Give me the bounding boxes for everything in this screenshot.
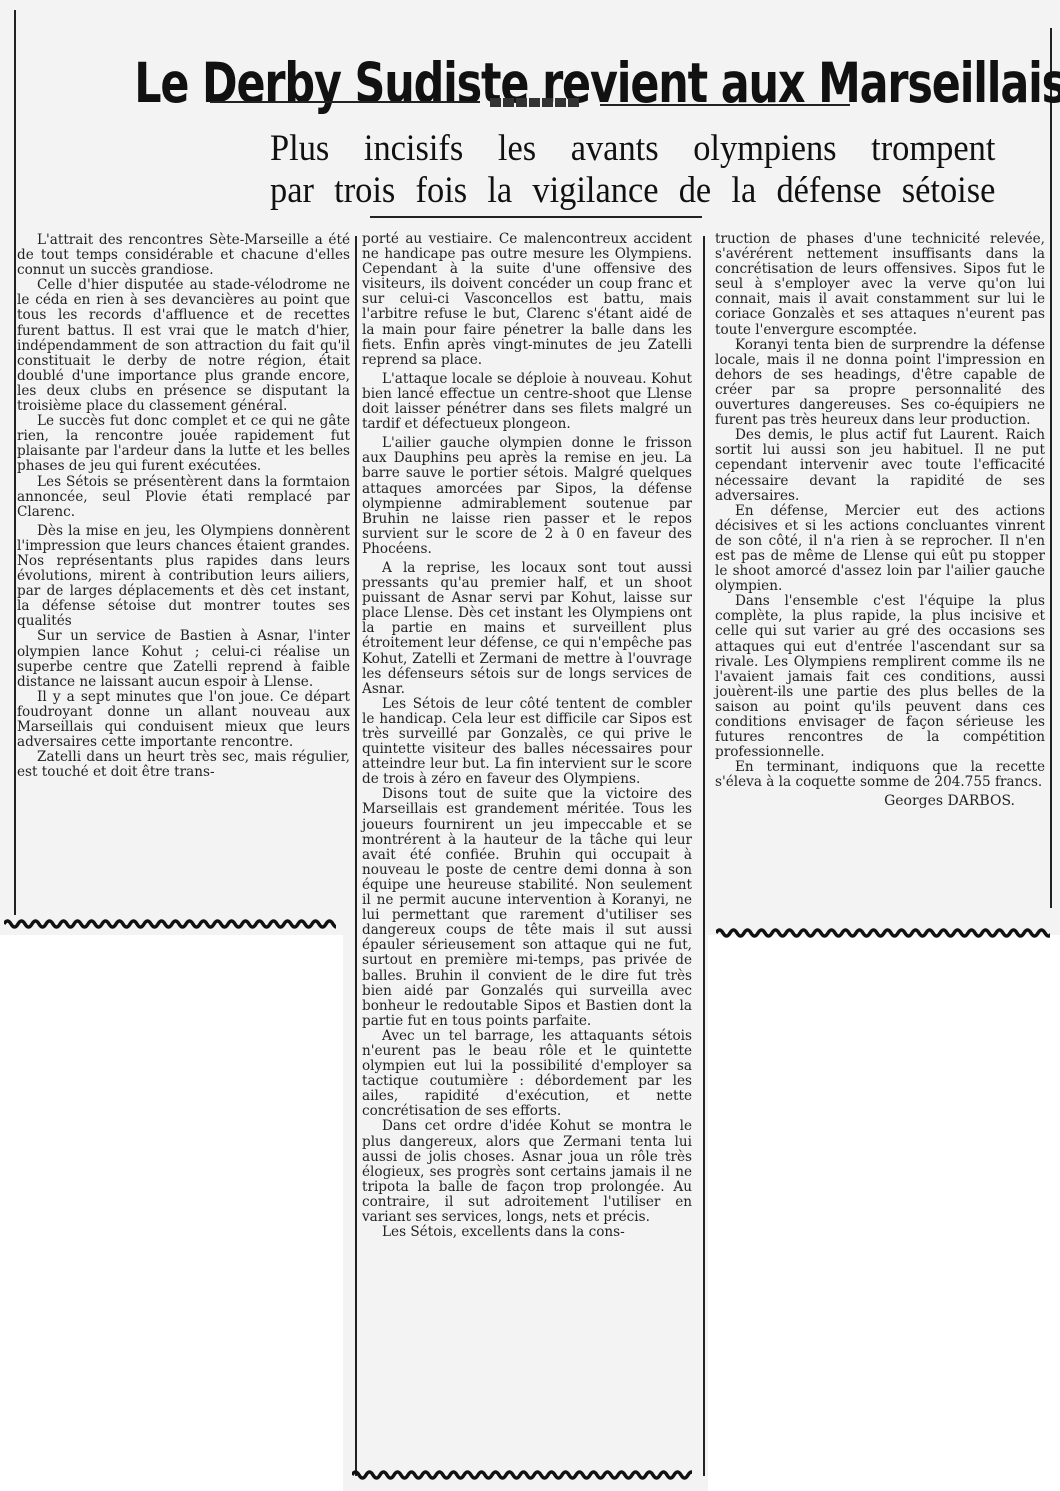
column-middle: porté au vestiaire. Ce malencontreux acc… bbox=[362, 232, 692, 1240]
author-signature: Georges DARBOS. bbox=[715, 794, 1045, 809]
paragraph: L'ailier gauche olympien donne le frisso… bbox=[362, 436, 692, 557]
paragraph: Des demis, le plus actif fut Laurent. Ra… bbox=[715, 428, 1045, 503]
paragraph: Dans cet ordre d'idée Kohut se montra le… bbox=[362, 1119, 692, 1225]
paragraph: porté au vestiaire. Ce malencontreux acc… bbox=[362, 232, 692, 368]
paragraph: Avec un tel barrage, les attaquants séto… bbox=[362, 1029, 692, 1120]
paragraph: Dès la mise en jeu, les Olympiens donnèr… bbox=[17, 524, 350, 630]
paragraph: Les Sétois de leur côté tentent de combl… bbox=[362, 697, 692, 788]
column-left: L'attrait des rencontres Sète-Marseille … bbox=[17, 233, 350, 780]
subheadline-separator bbox=[370, 216, 702, 218]
paragraph: L'attaque locale se déploie à nouveau. K… bbox=[362, 372, 692, 432]
subheadline-line-1: Plus incisifs les avants olympiens tromp… bbox=[270, 128, 995, 170]
column-right: truction de phases d'une technicité rele… bbox=[715, 232, 1045, 810]
ornament-icon bbox=[490, 98, 582, 107]
paragraph: Dans l'ensemble c'est l'équipe la plus c… bbox=[715, 594, 1045, 760]
left-border-rule bbox=[14, 10, 16, 915]
wavy-separator-left bbox=[4, 917, 336, 931]
subheadline: Plus incisifs les avants olympiens tromp… bbox=[270, 128, 995, 212]
paragraph: En terminant, indiquons que la recette s… bbox=[715, 760, 1045, 790]
wavy-separator-middle bbox=[352, 1468, 692, 1482]
paragraph: Il y a sept minutes que l'on joue. Ce dé… bbox=[17, 690, 350, 750]
paragraph: Disons tout de suite que la victoire des… bbox=[362, 787, 692, 1029]
paragraph: Zatelli dans un heurt très sec, mais rég… bbox=[17, 750, 350, 780]
paragraph: Koranyi tenta bien de surprendre la défe… bbox=[715, 338, 1045, 429]
paragraph: En défense, Mercier eut des actions déci… bbox=[715, 504, 1045, 595]
paragraph: Celle d'hier disputée au stade-vélodrome… bbox=[17, 278, 350, 414]
paragraph: Les Sétois, excellents dans la cons- bbox=[362, 1225, 692, 1240]
column-rule-right bbox=[703, 236, 705, 1476]
paragraph: Le succès fut donc complet et ce qui ne … bbox=[17, 414, 350, 474]
headline-separator bbox=[210, 98, 850, 112]
paragraph: truction de phases d'une technicité rele… bbox=[715, 232, 1045, 338]
paragraph: Les Sétois se présentèrent dans la formt… bbox=[17, 475, 350, 520]
wavy-separator-right bbox=[716, 926, 1050, 940]
paragraph: L'attrait des rencontres Sète-Marseille … bbox=[17, 233, 350, 278]
column-rule-left bbox=[355, 236, 357, 1476]
paragraph: Sur un service de Bastien à Asnar, l'int… bbox=[17, 629, 350, 689]
paragraph: A la reprise, les locaux sont tout aussi… bbox=[362, 561, 692, 697]
right-border-rule bbox=[1050, 28, 1052, 908]
subheadline-line-2: par trois fois la vigilance de la défens… bbox=[270, 170, 995, 212]
